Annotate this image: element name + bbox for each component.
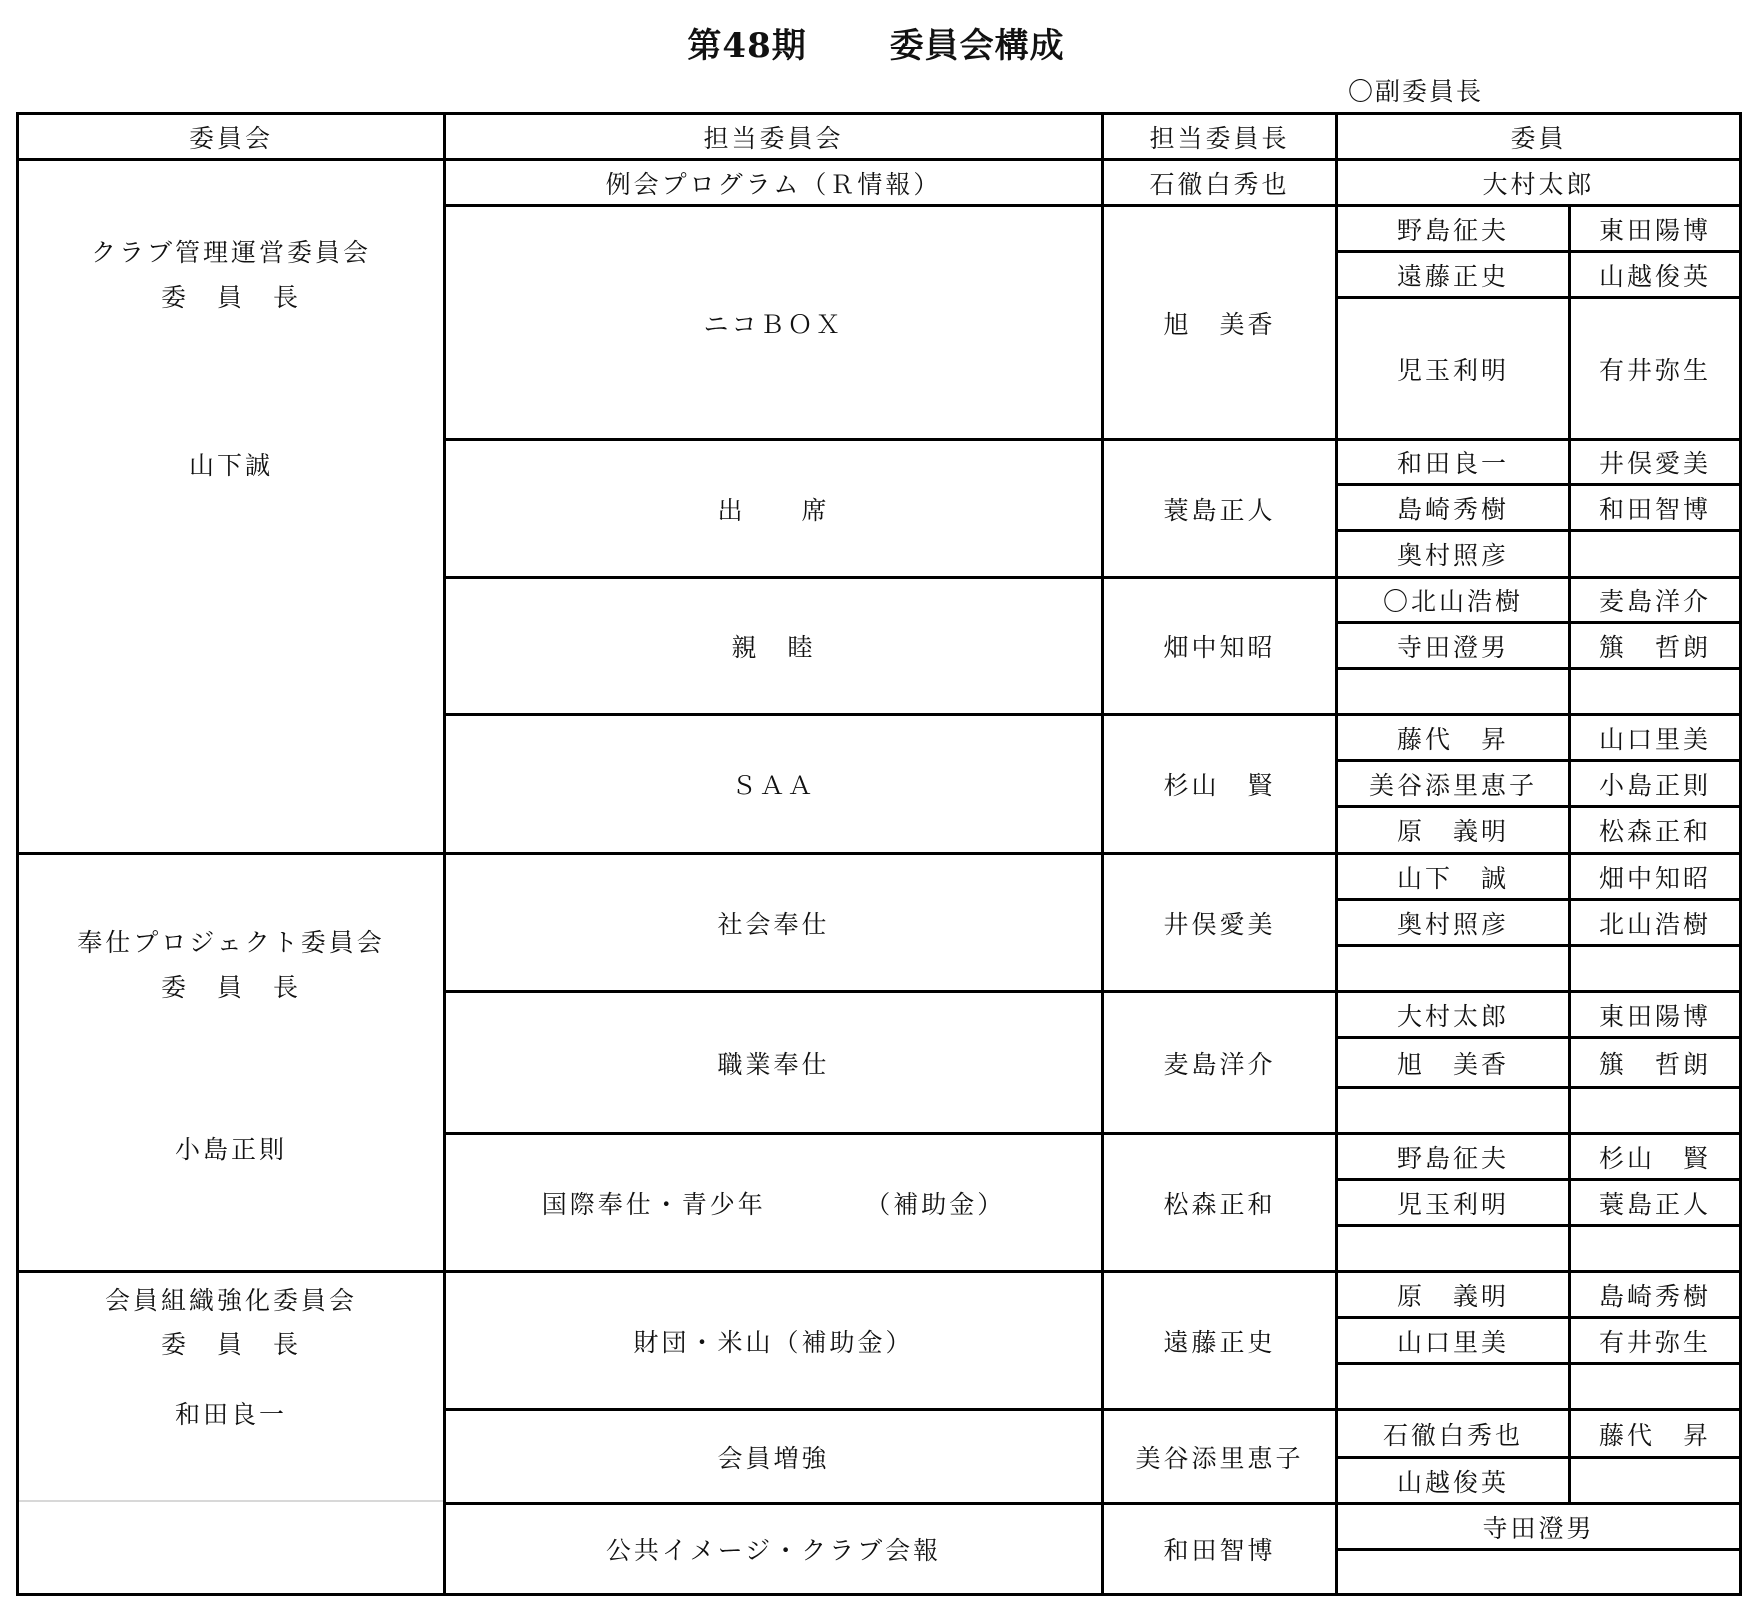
sub-committee-chair: 和田智博	[1101, 1502, 1338, 1596]
sub-committee-name: 社会奉仕	[443, 852, 1104, 993]
header-sub-chair: 担当委員長	[1101, 112, 1338, 161]
sub-committee-chair: 畑中知昭	[1101, 576, 1338, 716]
group-chair: 山下誠	[19, 446, 443, 482]
member-cell: 東田陽博	[1568, 990, 1742, 1039]
member-cell: 奥村照彦	[1335, 898, 1571, 947]
member-cell: 簱 哲朗	[1568, 621, 1742, 670]
sub-committee-name: 職業奉仕	[443, 990, 1104, 1135]
member-cell: 和田智博	[1568, 483, 1742, 532]
member-cell	[1335, 1086, 1571, 1135]
member-cell: 石徹白秀也	[1335, 1408, 1571, 1459]
member-cell: 畑中知昭	[1568, 852, 1742, 901]
sub-committee-name: 出 席	[443, 438, 1104, 579]
member-cell	[1335, 667, 1571, 716]
member-cell: 児玉利明	[1335, 1178, 1571, 1227]
member-cell: 遠藤正史	[1335, 250, 1571, 299]
sub-committee-chair: 遠藤正史	[1101, 1270, 1338, 1411]
group-cell: クラブ管理運営委員会委 員 長山下誠	[16, 158, 446, 855]
sub-committee-chair: 石徹白秀也	[1101, 158, 1338, 207]
sub-committee-chair: 井俣愛美	[1101, 852, 1338, 993]
member-cell: 野島征夫	[1335, 204, 1571, 253]
sub-committee-name: ニコＢＯＸ	[443, 204, 1104, 441]
member-cell	[1568, 1224, 1742, 1273]
member-cell: 有井弥生	[1568, 296, 1742, 441]
member-cell: 蓑島正人	[1568, 1178, 1742, 1227]
group-role: 委 員 長	[19, 1325, 443, 1361]
member-cell: 山越俊英	[1335, 1456, 1571, 1505]
group-name: クラブ管理運営委員会	[19, 233, 443, 269]
member-cell: 井俣愛美	[1568, 438, 1742, 486]
member-cell	[1335, 944, 1571, 993]
member-cell: 島崎秀樹	[1568, 1270, 1742, 1319]
member-cell	[1335, 1548, 1742, 1596]
member-cell: 原 義明	[1335, 805, 1571, 855]
member-cell: 藤代 昇	[1568, 1408, 1742, 1459]
member-cell	[1568, 1456, 1742, 1505]
member-cell: 東田陽博	[1568, 204, 1742, 253]
member-cell: 大村太郎	[1335, 158, 1742, 207]
member-cell: 杉山 賢	[1568, 1132, 1742, 1181]
member-cell	[1568, 667, 1742, 716]
member-cell	[1568, 529, 1742, 579]
member-cell: 〇北山浩樹	[1335, 576, 1571, 624]
sub-committee-name: 親 睦	[443, 576, 1104, 716]
group-chair: 小島正則	[19, 1130, 443, 1166]
member-cell: 北山浩樹	[1568, 898, 1742, 947]
member-cell	[1568, 944, 1742, 993]
group-cell: 奉仕プロジェクト委員会委 員 長小島正則	[16, 852, 446, 1273]
member-cell: 有井弥生	[1568, 1316, 1742, 1365]
sub-committee-name: 例会プログラム（Ｒ情報）	[443, 158, 1104, 207]
sub-committee-name: 財団・米山（補助金）	[443, 1270, 1104, 1411]
group-cell: 会員組織強化委員会委 員 長和田良一	[16, 1270, 446, 1596]
sub-committee-chair: 蓑島正人	[1101, 438, 1338, 579]
sub-committee-name: 国際奉仕・青少年 （補助金）	[443, 1132, 1104, 1273]
vice-chair-legend: 〇副委員長	[1348, 72, 1483, 108]
sub-committee-name: 公共イメージ・クラブ会報	[443, 1502, 1104, 1596]
member-cell	[1568, 1086, 1742, 1135]
member-cell: 美谷添里恵子	[1335, 759, 1571, 808]
member-cell: 原 義明	[1335, 1270, 1571, 1319]
sub-committee-chair: 松森正和	[1101, 1132, 1338, 1273]
sub-committee-chair: 杉山 賢	[1101, 713, 1338, 855]
page-title: 第48期 委員会構成	[0, 18, 1752, 67]
group-role: 委 員 長	[19, 968, 443, 1004]
member-cell: 小島正則	[1568, 759, 1742, 808]
member-cell: 麦島洋介	[1568, 576, 1742, 624]
sub-committee-chair: 旭 美香	[1101, 204, 1338, 441]
member-cell: 旭 美香	[1335, 1036, 1571, 1089]
member-cell: 児玉利明	[1335, 296, 1571, 441]
member-cell: 野島征夫	[1335, 1132, 1571, 1181]
member-cell	[1568, 1362, 1742, 1411]
sub-committee-name: ＳＡＡ	[443, 713, 1104, 855]
member-cell	[1335, 1224, 1571, 1273]
sub-committee-name: 会員増強	[443, 1408, 1104, 1505]
member-cell	[1335, 1362, 1571, 1411]
member-cell: 寺田澄男	[1335, 1502, 1742, 1551]
member-cell: 藤代 昇	[1335, 713, 1571, 762]
member-cell: 山口里美	[1568, 713, 1742, 762]
member-cell: 山越俊英	[1568, 250, 1742, 299]
member-cell: 山下 誠	[1335, 852, 1571, 901]
header-sub-committee: 担当委員会	[443, 112, 1104, 161]
member-cell: 大村太郎	[1335, 990, 1571, 1039]
member-cell: 松森正和	[1568, 805, 1742, 855]
header-committee: 委員会	[16, 112, 446, 161]
sub-committee-chair: 美谷添里恵子	[1101, 1408, 1338, 1505]
faint-divider	[19, 1500, 443, 1502]
group-name: 会員組織強化委員会	[19, 1281, 443, 1317]
member-cell: 島崎秀樹	[1335, 483, 1571, 532]
member-cell: 和田良一	[1335, 438, 1571, 486]
sub-committee-chair: 麦島洋介	[1101, 990, 1338, 1135]
group-name: 奉仕プロジェクト委員会	[19, 923, 443, 959]
member-cell: 簱 哲朗	[1568, 1036, 1742, 1089]
member-cell: 奥村照彦	[1335, 529, 1571, 579]
group-chair: 和田良一	[19, 1395, 443, 1431]
member-cell: 山口里美	[1335, 1316, 1571, 1365]
group-role: 委 員 長	[19, 278, 443, 314]
header-members: 委員	[1335, 112, 1742, 161]
member-cell: 寺田澄男	[1335, 621, 1571, 670]
